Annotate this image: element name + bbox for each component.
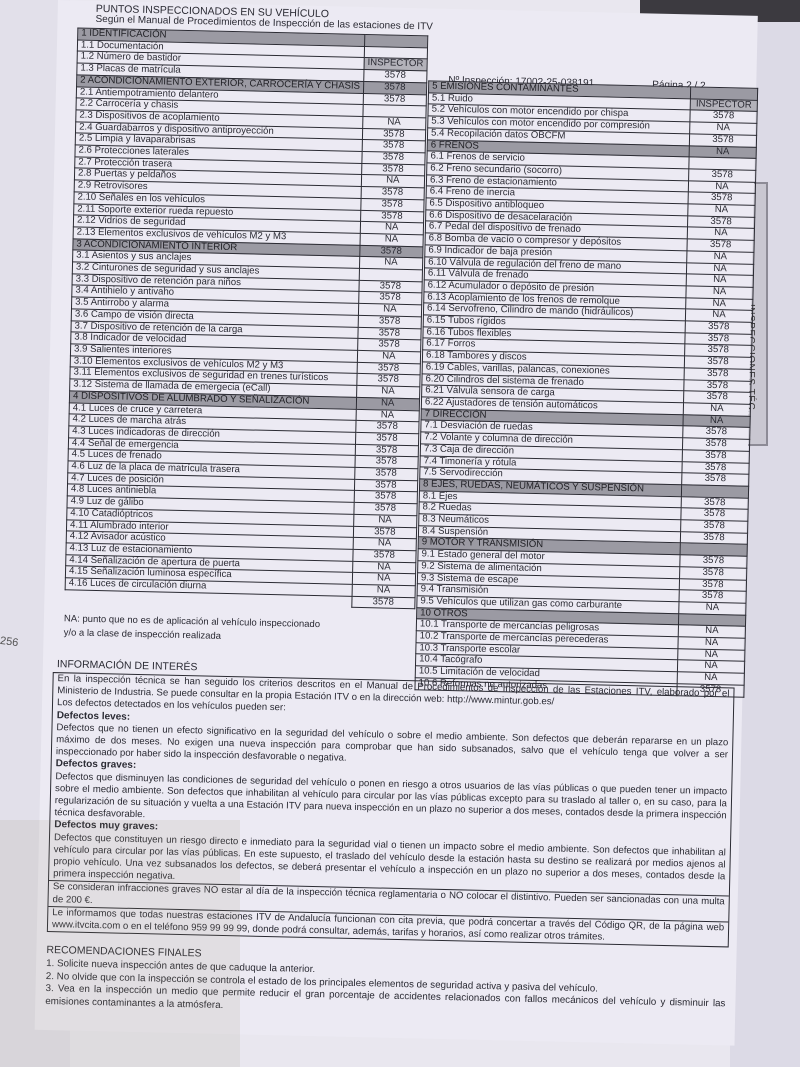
inspection-report-page: PUNTOS INSPECCIONADOS EN SU VEHÍCULO Seg… xyxy=(35,0,758,1046)
recommendations-title: RECOMENDACIONES FINALES xyxy=(46,944,201,960)
info-title: INFORMACIÓN DE INTERÉS xyxy=(57,658,198,673)
inspector-value: 3578 xyxy=(352,596,415,609)
inspection-table-right: 5 EMISIONES CONTAMINANTES5.1 RuidoINSPEC… xyxy=(414,80,758,697)
inspection-table-left: 1 IDENTIFICACIÓN1.1 Documentación1.2 Núm… xyxy=(64,27,428,609)
info-box: En la inspección técnica se han seguido … xyxy=(47,672,735,948)
recommendations-list: 1. Solicite nueva inspección antes de qu… xyxy=(45,958,726,1023)
na-note: NA: punto que no es de aplicación al veh… xyxy=(63,612,320,646)
background-sheet-number: 256 xyxy=(0,635,19,649)
